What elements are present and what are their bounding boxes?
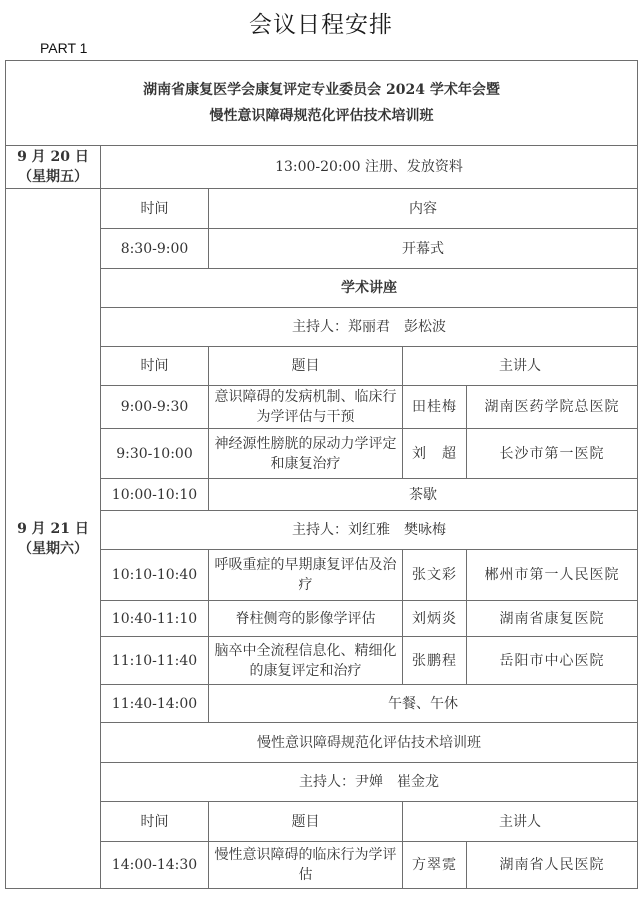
day1-row: 9 月 20 日 （星期五） 13:00-20:00 注册、发放资料 (6, 146, 638, 189)
header-row-full-1: 时间 题目 主讲人 (6, 347, 638, 386)
host2: 主持人：刘红雅 樊咏梅 (101, 511, 638, 550)
talk-org: 湖南医药学院总医院 (467, 386, 638, 429)
talk-topic: 意识障碍的发病机制、临床行为学评估与干预 (209, 386, 403, 429)
title-row: 湖南省康复医学会康复评定专业委员会 2024 学术年会暨 慢性意识障碍规范化评估… (6, 61, 638, 146)
opening-content: 开幕式 (209, 229, 638, 269)
lunch-content: 午餐、午休 (209, 685, 638, 723)
talk-time: 10:10-10:40 (101, 550, 209, 601)
table-title: 湖南省康复医学会康复评定专业委员会 2024 学术年会暨 慢性意识障碍规范化评估… (6, 61, 638, 146)
header-row-full-2: 时间 题目 主讲人 (6, 802, 638, 842)
header-topic: 题目 (209, 802, 403, 842)
header-time: 时间 (101, 189, 209, 229)
header-row-simple: 9 月 21 日 （星期六） 时间 内容 (6, 189, 638, 229)
talk-speaker: 刘炳炎 (403, 601, 467, 637)
talk-row: 10:10-10:40 呼吸重症的早期康复评估及治疗 张文彩 郴州市第一人民医院 (6, 550, 638, 601)
section2-row: 慢性意识障碍规范化评估技术培训班 (6, 723, 638, 763)
day1-date: 9 月 20 日 （星期五） (6, 146, 101, 189)
day2-weekday: （星期六） (10, 539, 96, 559)
host1: 主持人：郑丽君 彭松波 (101, 308, 638, 347)
talk-topic: 脊柱侧弯的影像学评估 (209, 601, 403, 637)
talk-topic: 慢性意识障碍的临床行为学评估 (209, 842, 403, 889)
day2-date: 9 月 21 日 （星期六） (6, 189, 101, 889)
title-line-1: 湖南省康复医学会康复评定专业委员会 2024 学术年会暨 (10, 80, 633, 100)
lunch-time: 11:40-14:00 (101, 685, 209, 723)
talk-row: 11:10-11:40 脑卒中全流程信息化、精细化的康复评定和治疗 张鹏程 岳阳… (6, 637, 638, 685)
header-topic: 题目 (209, 347, 403, 386)
talk-topic: 神经源性膀胱的尿动力学评定和康复治疗 (209, 429, 403, 479)
talk-speaker: 刘 超 (403, 429, 467, 479)
header-content: 内容 (209, 189, 638, 229)
talk-org: 湖南省人民医院 (467, 842, 638, 889)
talk-speaker: 张文彩 (403, 550, 467, 601)
talk-speaker: 方翠霓 (403, 842, 467, 889)
lunch-row: 11:40-14:00 午餐、午休 (6, 685, 638, 723)
host3: 主持人：尹婵 崔金龙 (101, 763, 638, 802)
talk-org: 岳阳市中心医院 (467, 637, 638, 685)
talk-speaker: 张鹏程 (403, 637, 467, 685)
day1-weekday: （星期五） (10, 167, 96, 187)
header-speaker: 主讲人 (403, 802, 638, 842)
schedule-table: 湖南省康复医学会康复评定专业委员会 2024 学术年会暨 慢性意识障碍规范化评估… (5, 60, 638, 889)
host2-row: 主持人：刘红雅 樊咏梅 (6, 511, 638, 550)
section1-title: 学术讲座 (101, 269, 638, 308)
section1-row: 学术讲座 (6, 269, 638, 308)
day2-date-text: 9 月 21 日 (10, 519, 96, 539)
talk-time: 9:00-9:30 (101, 386, 209, 429)
day1-content: 13:00-20:00 注册、发放资料 (101, 146, 638, 189)
talk-time: 11:10-11:40 (101, 637, 209, 685)
header-time: 时间 (101, 802, 209, 842)
section2-title: 慢性意识障碍规范化评估技术培训班 (101, 723, 638, 763)
host3-row: 主持人：尹婵 崔金龙 (6, 763, 638, 802)
opening-time: 8:30-9:00 (101, 229, 209, 269)
talk-time: 14:00-14:30 (101, 842, 209, 889)
talk-time: 9:30-10:00 (101, 429, 209, 479)
break-row: 10:00-10:10 茶歇 (6, 479, 638, 511)
talk-topic: 脑卒中全流程信息化、精细化的康复评定和治疗 (209, 637, 403, 685)
break-time: 10:00-10:10 (101, 479, 209, 511)
talk-org: 湖南省康复医院 (467, 601, 638, 637)
header-time: 时间 (101, 347, 209, 386)
talk-topic: 呼吸重症的早期康复评估及治疗 (209, 550, 403, 601)
title-line-2: 慢性意识障碍规范化评估技术培训班 (10, 106, 633, 126)
talk-time: 10:40-11:10 (101, 601, 209, 637)
talk-row: 9:00-9:30 意识障碍的发病机制、临床行为学评估与干预 田桂梅 湖南医药学… (6, 386, 638, 429)
talk-speaker: 田桂梅 (403, 386, 467, 429)
part-label: PART 1 (40, 40, 87, 56)
host1-row: 主持人：郑丽君 彭松波 (6, 308, 638, 347)
talk-row: 14:00-14:30 慢性意识障碍的临床行为学评估 方翠霓 湖南省人民医院 (6, 842, 638, 889)
page-title: 会议日程安排 (0, 6, 642, 39)
break-content: 茶歇 (209, 479, 638, 511)
day1-date-text: 9 月 20 日 (10, 147, 96, 167)
opening-row: 8:30-9:00 开幕式 (6, 229, 638, 269)
talk-org: 长沙市第一医院 (467, 429, 638, 479)
header-speaker: 主讲人 (403, 347, 638, 386)
talk-org: 郴州市第一人民医院 (467, 550, 638, 601)
talk-row: 9:30-10:00 神经源性膀胱的尿动力学评定和康复治疗 刘 超 长沙市第一医… (6, 429, 638, 479)
talk-row: 10:40-11:10 脊柱侧弯的影像学评估 刘炳炎 湖南省康复医院 (6, 601, 638, 637)
